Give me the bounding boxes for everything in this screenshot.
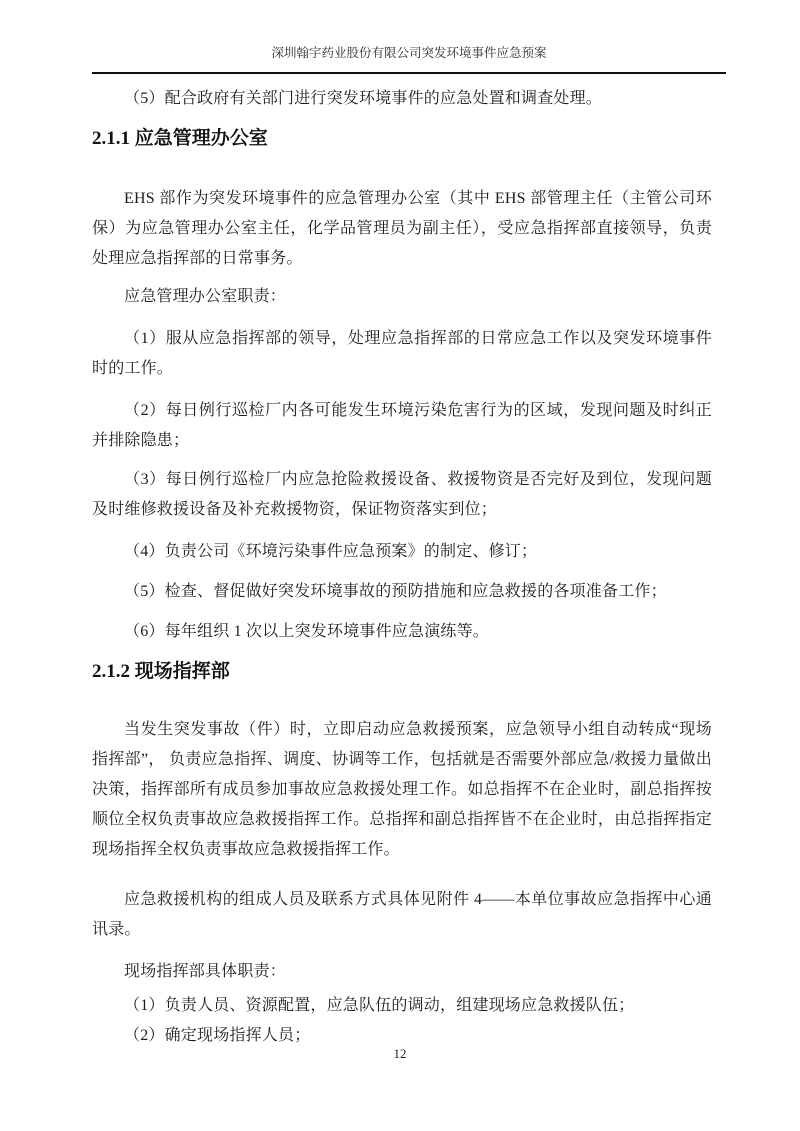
- document-page: 深圳翰宇药业股份有限公司突发环境事件应急预案 （5）配合政府有关部门进行突发环境…: [0, 0, 800, 1131]
- office-duty-item-5: （5）检查、督促做好突发环境事故的预防措施和应急救援的各项准备工作；: [92, 577, 712, 607]
- office-duty-item-3: （3）每日例行巡检厂内应急抢险救援设备、救援物资是否完好及到位，发现问题及时维修…: [92, 465, 712, 525]
- page-number: 12: [0, 1046, 800, 1062]
- section-heading-2-1-1: 2.1.1 应急管理办公室: [92, 126, 712, 152]
- field-duty-item-1: （1）负责人员、资源配置，应急队伍的调动，组建现场应急救援队伍；: [92, 991, 712, 1021]
- office-duty-item-4: （4）负责公司《环境污染事件应急预案》的制定、修订；: [92, 537, 712, 567]
- paragraph-attachment-reference: 应急救援机构的组成人员及联系方式具体见附件 4——本单位事故应急指挥中心通讯录。: [92, 885, 712, 945]
- section-heading-2-1-2: 2.1.2 现场指挥部: [92, 659, 712, 685]
- paragraph-field-command: 当发生突发事故（件）时，立即启动应急救援预案，应急领导小组自动转成“现场指挥部”…: [92, 715, 712, 865]
- page-content: 深圳翰宇药业股份有限公司突发环境事件应急预案 （5）配合政府有关部门进行突发环境…: [0, 0, 800, 1051]
- office-duty-item-6: （6）每年组织 1 次以上突发环境事件应急演练等。: [92, 617, 712, 647]
- field-duties-title: 现场指挥部具体职责：: [92, 957, 712, 987]
- page-header: 深圳翰宇药业股份有限公司突发环境事件应急预案: [92, 0, 726, 74]
- paragraph-intro-item-5: （5）配合政府有关部门进行突发环境事件的应急处置和调查处理。: [92, 84, 712, 114]
- office-duty-item-2: （2）每日例行巡检厂内各可能发生环境污染危害行为的区域，发现问题及时纠正并排除隐…: [92, 396, 712, 456]
- paragraph-ehs-office: EHS 部作为突发环境事件的应急管理办公室（其中 EHS 部管理主任（主管公司环…: [92, 184, 712, 274]
- page-header-title: 深圳翰宇药业股份有限公司突发环境事件应急预案: [271, 46, 546, 60]
- office-duty-item-1: （1）服从应急指挥部的领导，处理应急指挥部的日常应急工作以及突发环境事件时的工作…: [92, 324, 712, 384]
- office-duties-title: 应急管理办公室职责：: [92, 282, 712, 312]
